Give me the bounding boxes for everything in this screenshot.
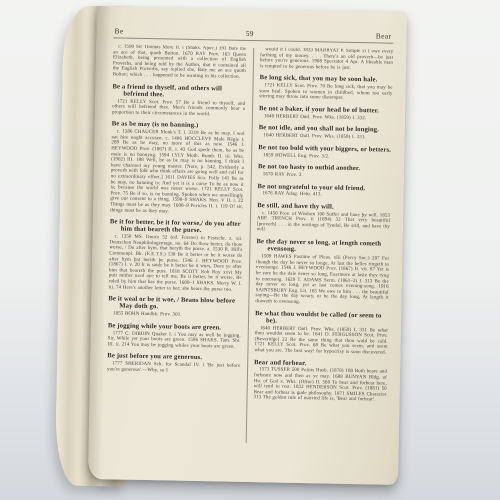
entry: Be it for better, be it for worse,/ do y… [109,218,243,293]
entry-heading: Be what thou wouldst be called (or seem … [255,310,388,327]
entry-citations: 1640 HERBERT Outl. Prov. Wks. (1859) I. … [254,326,388,357]
entry-citations: c. 1350 MS. Douce 52 (ed. Förster) in Fe… [109,235,243,293]
entry-citations: would if I could. 1833 MARRYAT P. Simple… [260,47,393,72]
running-head-left: Be [114,26,123,35]
entry: Be it weal or be it woe, / Beans blow be… [108,295,241,319]
entry: Be not too bold with your biggers, or be… [258,144,391,161]
book-page: Be 59 Bear c. 1590 Sir Thomas More II. i… [88,6,407,485]
page-content: Be 59 Bear c. 1590 Sir Thomas More II. i… [88,6,407,472]
entry-citations: c. 1590 Sir Thomas More II. i (Shaks. Ap… [113,44,247,80]
entry: Be still, and have thy will. c. 1450 Pro… [257,202,391,236]
entry: Be as be may (is no banning.) c. 1386 CH… [110,121,245,216]
text-columns: c. 1590 Sir Thomas More II. i (Shaks. Ap… [105,44,393,457]
entry-citations: c. 1450 Prov. of Wisdom 100 Suffer and h… [257,211,390,236]
entry: Be jogging while your boots are green. 1… [107,322,240,350]
column-left: c. 1590 Sir Thomas More II. i (Shaks. Ap… [105,44,253,455]
entry-citations: 1721 KELLY Scot. Prov. 70 Be long sick, … [259,83,392,102]
entry: would if I could. 1833 MARRYAT P. Simple… [260,47,393,72]
entry-citations: 1777 C. DIBDIN Quaker I. i You may as we… [107,331,240,350]
entry: Be just before you are generous. 1777 SH… [107,353,240,376]
entry: Be not idle, and you shall not be longin… [259,124,392,141]
entry: Bear and forbear. 1573 TUSSER 500 Points… [253,359,387,404]
entry: Be the day never so long, at length come… [255,238,389,307]
entry-citations: 1777 SHERIDAN Sch. for Scandal IV. i 'Be… [107,362,240,376]
entry: c. 1590 Sir Thomas More II. i (Shaks. Ap… [113,44,247,80]
entry-citations: 1670 RAY Prov. 3. [258,172,391,180]
entry-citations: c. 1386 CHAUCER Monk's T. l. 3319 Be as … [110,130,245,216]
entry-heading: Be it for better, be it for worse,/ do y… [110,218,243,235]
entry: Be long sick, that you may be soon hale.… [259,75,392,103]
running-head-right: Bear [376,31,392,40]
entry-citations: 1678 RAY Adag. Hebr. 413. [257,191,390,199]
entry-citations: 1659 HOWELL Eng. Prov. 3/2. [258,153,391,161]
entry: Be not too hasty to outbid another. 1670… [258,163,391,180]
entry-citations: 1855 BOHN Handbk. Prov. 301. [108,312,241,320]
entry: Be not a baker, if your head be of butte… [259,105,392,122]
entry-citations: 1721 KELLY Scot. Prov. 57 Be a friend to… [112,99,245,118]
entry-citations: 1640 HERBERT Outl. Prov. Wks. (1859) I. … [259,114,392,122]
entry-heading: Be the day never so long, at length come… [256,238,389,255]
entry-heading: Be a friend to thyself, and others will … [112,83,245,100]
page-number: 59 [246,29,254,38]
entry-citations: 1573 TUSSER 500 Points Husb. (1878) 180 … [253,367,387,403]
entry-citations: 1640 HERBERT Outl. Prov. Wks. (1859) I. … [259,133,392,141]
entry: Be a friend to thyself, and others will … [112,83,246,118]
entry: Be not ungrateful to your old friend. 16… [257,183,390,200]
column-right: would if I could. 1833 MARRYAT P. Simple… [245,47,393,458]
entry: Be what thou wouldst be called (or seem … [254,310,388,357]
entry-citations: 1509 HAWES Pastime of Pleas. xlii (Percy… [255,254,389,307]
entry-heading: Be it weal or be it woe, / Beans blow be… [108,295,241,312]
